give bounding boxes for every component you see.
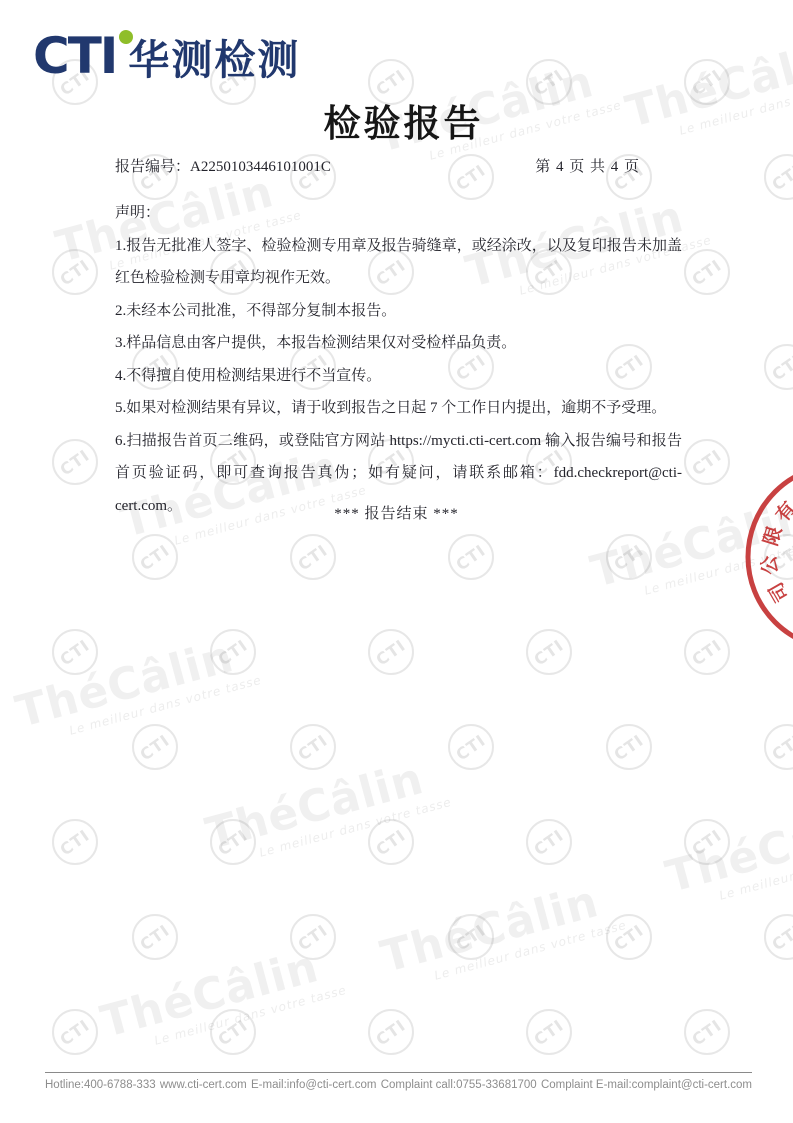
- watermark-cti-circle: CTI: [684, 439, 730, 485]
- watermark-cti-circle: CTI: [290, 724, 336, 770]
- watermark-cti-circle: CTI: [448, 914, 494, 960]
- declaration-item-5: 5.如果对检测结果有异议，请于收到报告之日起 7 个工作日内提出，逾期不予受理。: [115, 392, 682, 425]
- watermark-cti-circle: CTI: [684, 819, 730, 865]
- watermark-cti-circle: CTI: [210, 819, 256, 865]
- watermark-cti-circle: CTI: [684, 629, 730, 675]
- stamp-char: 公: [758, 553, 782, 576]
- footer-email: E-mail:info@cti-cert.com: [251, 1079, 376, 1091]
- watermark-brand-text: ThéCâlinLe meilleur dans votre tasse: [12, 629, 263, 748]
- watermark-cti-circle: CTI: [764, 344, 793, 390]
- footer-hotline: Hotline:400-6788-333: [45, 1079, 156, 1091]
- watermark-cti-circle: CTI: [52, 1009, 98, 1055]
- watermark-cti-circle: CTI: [684, 1009, 730, 1055]
- watermark-cti-circle: CTI: [210, 629, 256, 675]
- watermark-cti-circle: CTI: [526, 1009, 572, 1055]
- watermark-brand-text: ThéCâlinLe meilleur dans votre tasse: [662, 794, 793, 913]
- watermark-cti-circle: CTI: [764, 154, 793, 200]
- watermark-cti-circle: CTI: [526, 629, 572, 675]
- watermark-cti-circle: CTI: [606, 534, 652, 580]
- stamp-char: 司: [765, 578, 793, 605]
- stamp-char: 有: [771, 497, 793, 526]
- report-number: 报告编号：A2250103446101001C: [115, 155, 331, 176]
- page-title: 检验报告: [0, 93, 793, 147]
- cti-logo-chinese: 华测检测: [128, 36, 300, 84]
- report-page: CTICTICTICTICTICTICTICTICTICTICTICTICTIC…: [0, 0, 793, 1123]
- watermark-cti-circle: CTI: [764, 914, 793, 960]
- footer-complaint-call: Complaint call:0755-33681700: [381, 1079, 537, 1091]
- watermark-cti-circle: CTI: [448, 724, 494, 770]
- watermark-cti-circle: CTI: [368, 629, 414, 675]
- watermark-brand-text: ThéCâlinLe meilleur dans votre tasse: [377, 874, 628, 993]
- watermark-cti-circle: CTI: [448, 534, 494, 580]
- footer-contact-bar: Hotline:400-6788-333 www.cti-cert.com E-…: [45, 1079, 752, 1091]
- declaration-item-2: 2.未经本公司批准，不得部分复制本报告。: [115, 295, 682, 328]
- footer-website: www.cti-cert.com: [160, 1079, 247, 1091]
- declaration-item-3: 3.样品信息由客户提供，本报告检测结果仅对受检样品负责。: [115, 327, 682, 360]
- cti-logo-text: CTI: [33, 28, 116, 84]
- watermark-cti-circle: CTI: [526, 819, 572, 865]
- watermark-cti-circle: CTI: [52, 629, 98, 675]
- watermark-cti-circle: CTI: [606, 914, 652, 960]
- cti-logo: CTI 华测检测: [33, 28, 300, 84]
- report-meta-row: 报告编号：A2250103446101001C 第 4 页 共 4 页: [115, 155, 680, 176]
- report-number-label: 报告编号：: [115, 159, 190, 175]
- watermark-cti-circle: CTI: [52, 249, 98, 295]
- watermark-cti-circle: CTI: [290, 914, 336, 960]
- declaration-item-4: 4.不得擅自使用检测结果进行不当宣传。: [115, 360, 682, 393]
- logo-green-dot-icon: [119, 30, 133, 44]
- watermark-cti-circle: CTI: [606, 724, 652, 770]
- watermark-cti-circle: CTI: [684, 249, 730, 295]
- watermark-cti-circle: CTI: [132, 914, 178, 960]
- declaration-heading: 声明：: [115, 197, 682, 230]
- declaration-item-1: 1.报告无批准人签字、检验检测专用章及报告骑缝章，或经涂改，以及复印报告未加盖红…: [115, 230, 682, 295]
- watermark-cti-circle: CTI: [132, 724, 178, 770]
- report-number-value: A2250103446101001C: [190, 159, 331, 175]
- watermark-cti-circle: CTI: [368, 1009, 414, 1055]
- stamp-char: 限: [760, 524, 787, 549]
- watermark-cti-circle: CTI: [52, 819, 98, 865]
- watermark-brand-text: ThéCâlinLe meilleur dans votre tasse: [202, 751, 453, 870]
- watermark-cti-circle: CTI: [764, 724, 793, 770]
- watermark-cti-circle: CTI: [368, 819, 414, 865]
- red-company-stamp: 有 限 公 司: [733, 450, 793, 665]
- page-indicator: 第 4 页 共 4 页: [535, 155, 680, 176]
- watermark-cti-circle: CTI: [52, 439, 98, 485]
- footer-complaint-email: Complaint E-mail:complaint@cti-cert.com: [541, 1079, 752, 1091]
- end-of-report-marker: *** 报告结束 ***: [0, 502, 793, 523]
- declaration-section: 声明： 1.报告无批准人签字、检验检测专用章及报告骑缝章，或经涂改，以及复印报告…: [115, 197, 682, 522]
- watermark-cti-circle: CTI: [210, 1009, 256, 1055]
- watermark-brand-text: ThéCâlinLe meilleur dans votre tasse: [97, 939, 348, 1058]
- footer-divider: [45, 1072, 752, 1073]
- watermark-cti-circle: CTI: [290, 534, 336, 580]
- watermark-cti-circle: CTI: [132, 534, 178, 580]
